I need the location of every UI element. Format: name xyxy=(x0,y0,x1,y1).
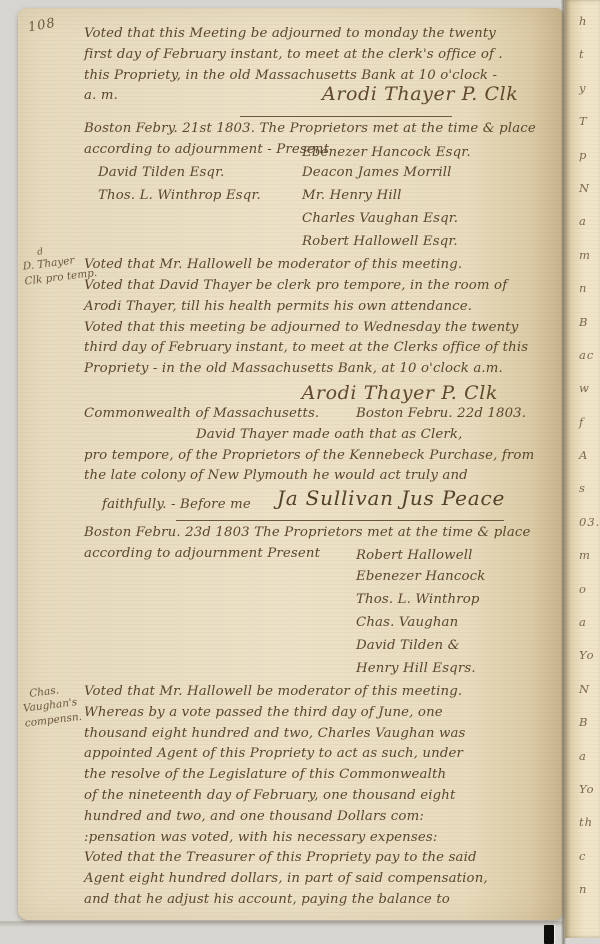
manuscript-line: Ebenezer Hancock xyxy=(84,569,546,592)
edge-fragment: p xyxy=(579,148,600,181)
next-page-sliver: htyTpNamnBacwfAs03.moaYoNBaYothcn xyxy=(565,0,600,938)
manuscript-line: Henry Hill Esqrs. xyxy=(84,661,546,684)
manuscript-line: according to adjournment PresentRobert H… xyxy=(84,546,546,569)
manuscript-line: Agent eight hundred dollars, in part of … xyxy=(84,871,546,892)
manuscript-line: the resolve of the Legislature of this C… xyxy=(84,767,546,788)
ink-rule xyxy=(84,516,546,525)
manuscript-line: Voted that this meeting be adjourned to … xyxy=(84,320,546,341)
edge-fragment: a xyxy=(579,749,600,782)
edge-fragment: a xyxy=(579,615,600,648)
manuscript-line: thousand eight hundred and two, Charles … xyxy=(84,726,546,747)
edge-fragment: Yo xyxy=(579,648,600,681)
bookmark-tail xyxy=(544,925,554,944)
manuscript-line: Whereas by a vote passed the third day o… xyxy=(84,705,546,726)
manuscript-line: David Tilden Esqr.Deacon James Morrill xyxy=(84,165,546,188)
manuscript-line: appointed Agent of this Propriety to act… xyxy=(84,746,546,767)
manuscript-page: 108 dD. ThayerClk pro temp. Chas.Vaughan… xyxy=(18,8,563,920)
manuscript-line: third day of February instant, to meet a… xyxy=(84,340,546,361)
edge-fragment: A xyxy=(579,448,600,481)
manuscript-line: faithfully. - Before meJa Sullivan Jus P… xyxy=(84,489,546,516)
edge-fragment: m xyxy=(579,548,600,581)
edge-fragment: h xyxy=(579,14,600,47)
edge-fragment: B xyxy=(579,315,600,348)
page-number: 108 xyxy=(27,16,57,36)
edge-fragment: th xyxy=(579,815,600,848)
manuscript-line: of the nineteenth day of February, one t… xyxy=(84,788,546,809)
edge-fragment: f xyxy=(579,415,600,448)
manuscript-line: Boston Febru. 23d 1803 The Proprietors m… xyxy=(84,525,546,546)
edge-fragment: n xyxy=(579,882,600,915)
manuscript-line: Commonwealth of Massachusetts.Boston Feb… xyxy=(84,406,546,427)
manuscript-line: Arodi Thayer, till his health permits hi… xyxy=(84,299,546,320)
edge-fragment: o xyxy=(579,582,600,615)
manuscript-line: Thos. L. Winthrop Esqr.Mr. Henry Hill xyxy=(84,188,546,211)
edge-fragment: y xyxy=(579,81,600,114)
edge-fragment: 03. xyxy=(579,515,600,548)
scanned-manuscript: 108 dD. ThayerClk pro temp. Chas.Vaughan… xyxy=(0,0,600,944)
ink-rule xyxy=(84,112,546,121)
edge-fragment: Yo xyxy=(579,782,600,815)
edge-fragment: N xyxy=(579,181,600,214)
manuscript-line: Voted that Mr. Hallowell be moderator of… xyxy=(84,684,546,705)
edge-fragment: a xyxy=(579,214,600,247)
manuscript-line: Voted that David Thayer be clerk pro tem… xyxy=(84,278,546,299)
edge-fragment: ac xyxy=(579,348,600,381)
manuscript-line: David Thayer made oath that as Clerk, xyxy=(84,427,546,448)
edge-fragment: n xyxy=(579,281,600,314)
manuscript-line: Boston Febry. 21st 1803. The Proprietors… xyxy=(84,121,546,142)
edge-fragment: t xyxy=(579,47,600,80)
manuscript-line: Chas. Vaughan xyxy=(84,615,546,638)
edge-fragment: s xyxy=(579,481,600,514)
manuscript-line: Robert Hallowell Esqr. xyxy=(84,234,546,257)
manuscript-line: Propriety - in the old Massachusetts Ban… xyxy=(84,361,546,382)
manuscript-line: Voted that Mr. Hallowell be moderator of… xyxy=(84,257,546,278)
page-bottom-edge xyxy=(0,921,563,944)
manuscript-line: Thos. L. Winthrop xyxy=(84,592,546,615)
edge-fragment: w xyxy=(579,381,600,414)
edge-fragment: m xyxy=(579,248,600,281)
manuscript-line: first day of February instant, to meet a… xyxy=(84,47,546,68)
manuscript-line: a. m.Arodi Thayer P. Clk xyxy=(84,88,546,112)
edge-fragment: N xyxy=(579,682,600,715)
manuscript-text: Voted that this Meeting be adjourned to … xyxy=(84,26,546,913)
edge-fragment: c xyxy=(579,849,600,882)
manuscript-line: Voted that the Treasurer of this Proprie… xyxy=(84,850,546,871)
manuscript-line: :pensation was voted, with his necessary… xyxy=(84,830,546,851)
manuscript-line: hundred and two, and one thousand Dollar… xyxy=(84,809,546,830)
manuscript-line: and that he adjust his account, paying t… xyxy=(84,892,546,913)
edge-text-fragments: htyTpNamnBacwfAs03.moaYoNBaYothcn xyxy=(579,14,600,916)
manuscript-line: Charles Vaughan Esqr. xyxy=(84,211,546,234)
manuscript-line: Arodi Thayer P. Clk xyxy=(84,382,546,406)
manuscript-line: David Tilden & xyxy=(84,638,546,661)
edge-fragment: B xyxy=(579,715,600,748)
edge-fragment: T xyxy=(579,114,600,147)
manuscript-line: pro tempore, of the Proprietors of the K… xyxy=(84,448,546,469)
manuscript-line: according to adjournment - PresentEbenez… xyxy=(84,142,546,165)
manuscript-line: Voted that this Meeting be adjourned to … xyxy=(84,26,546,47)
